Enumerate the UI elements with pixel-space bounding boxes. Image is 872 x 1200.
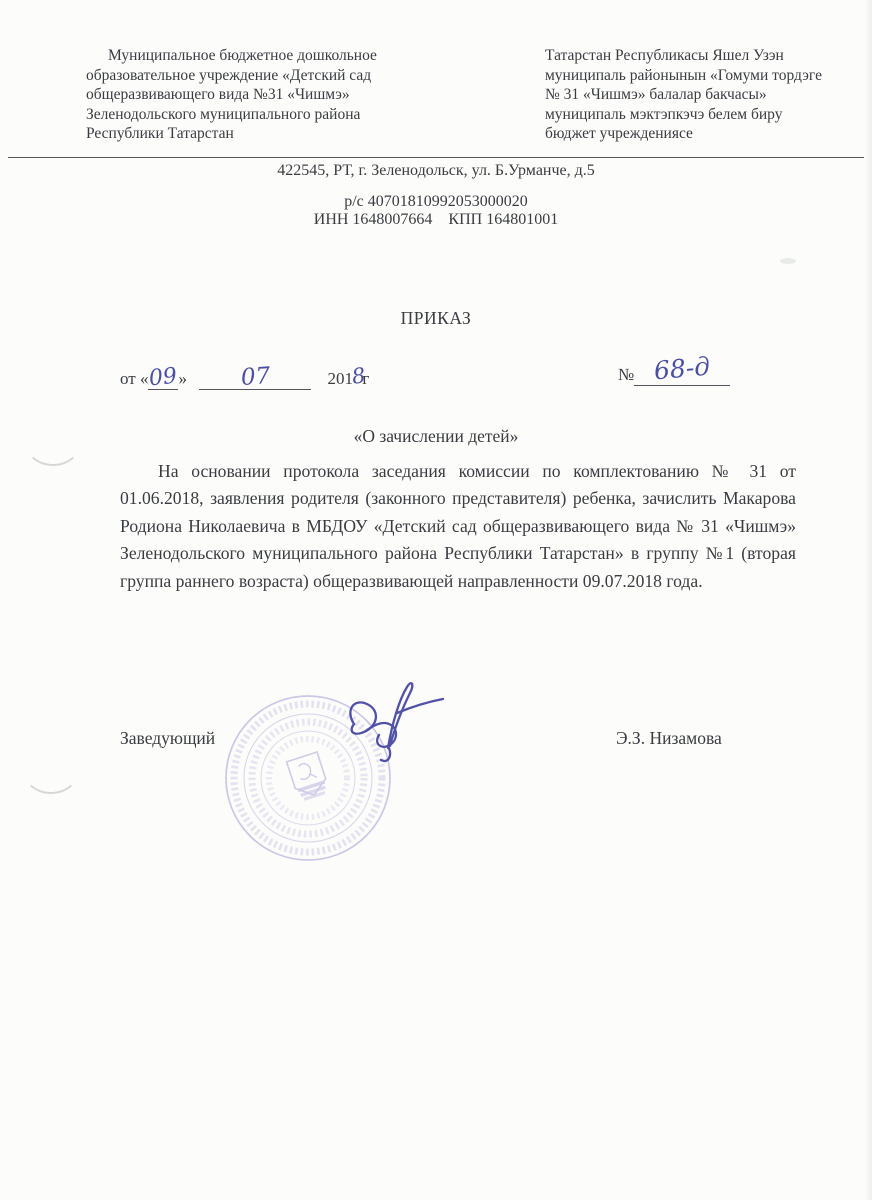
org-name-tatar-line: бюджет учреждениясе [545, 124, 865, 144]
handwritten-day: 09 [150, 377, 178, 380]
hole-punch-mark [22, 744, 80, 794]
year-printed: 201 [327, 369, 353, 388]
document-page: Муниципальное бюджетное дошкольное образ… [0, 0, 872, 1200]
month-blank: 07 [199, 369, 311, 390]
org-name-russian-line: общеразвивающего вида №31 «Чишмэ» [86, 85, 486, 105]
order-body: На основании протокола заседания комисси… [120, 458, 796, 595]
org-name-tatar-line: № 31 «Чишмэ» балалар бакчасы» [545, 85, 865, 105]
number-label: № [618, 365, 634, 384]
bank-account-line: р/с 40701810992053000020 [0, 193, 872, 211]
handwritten-month: 07 [241, 376, 270, 378]
org-name-russian: Муниципальное бюджетное дошкольное образ… [86, 46, 486, 144]
hole-punch-mark [24, 416, 82, 466]
scan-edge-shadow [865, 0, 872, 1200]
org-name-tatar-line: муниципаль мэктэпкэчэ белем биру [545, 105, 865, 125]
org-name-russian-line: образовательное учреждение «Детский сад [86, 66, 486, 86]
quote-open: « [140, 369, 149, 388]
org-name-tatar: Татарстан Республикасы Яшел Узэн муницип… [545, 46, 865, 144]
handwritten-number: 68-д [654, 367, 710, 372]
ink-signature [340, 680, 450, 780]
order-number: №68-д [618, 365, 730, 386]
signatory-name: Э.З. Низамова [616, 728, 722, 749]
day-blank: 09 [148, 369, 178, 390]
quote-close: » [178, 369, 187, 388]
org-name-tatar-line: Татарстан Республикасы Яшел Узэн [545, 46, 865, 66]
order-date-number-row: от «09» 07 2018г №68-д [120, 365, 796, 390]
handwritten-year-digit: 8 [350, 363, 367, 389]
address-line: 422545, РТ, г. Зеленодольск, ул. Б.Урман… [0, 162, 872, 180]
inn-kpp-line: ИНН 1648007664 КПП 164801001 [0, 211, 872, 229]
org-name-russian-line: Республики Татарстан [86, 124, 486, 144]
scan-smudge [780, 258, 796, 264]
org-name-russian-line: Зеленодольского муниципального района [86, 105, 486, 125]
seal-emblem [287, 752, 331, 802]
order-subject: «О зачислении детей» [0, 426, 872, 447]
org-name-russian-line: Муниципальное бюджетное дошкольное [86, 46, 486, 66]
signatory-role: Заведующий [120, 728, 215, 749]
order-title: ПРИКАЗ [0, 308, 872, 329]
date-prefix: от [120, 369, 136, 388]
number-blank: 68-д [634, 365, 730, 386]
org-name-tatar-line: муниципаль районынын «Гомуми тордэге [545, 66, 865, 86]
header-divider [8, 157, 864, 158]
